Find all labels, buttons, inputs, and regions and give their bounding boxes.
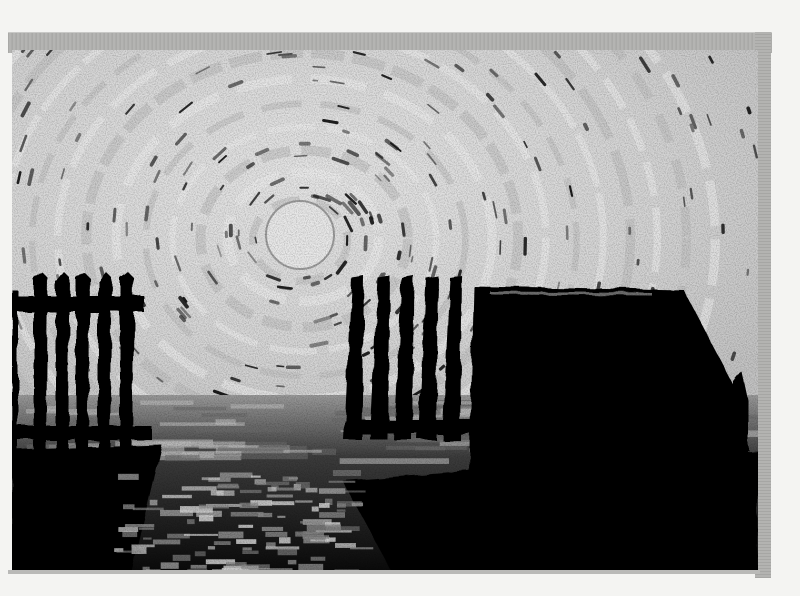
painting-scene: [12, 50, 758, 572]
frame-bottom-edge: [8, 570, 760, 574]
painting: [12, 50, 758, 572]
